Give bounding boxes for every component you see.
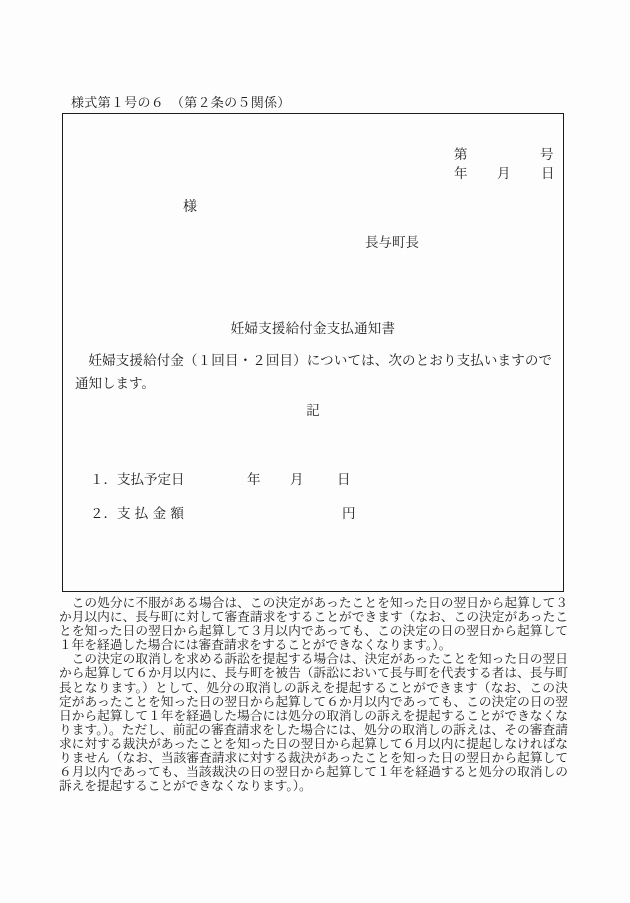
payment-date-item-label: １．支払予定日 — [90, 472, 185, 490]
document-number-suffix: 号 — [540, 143, 554, 163]
payment-amount-yen-label: 円 — [342, 506, 356, 524]
payment-date-month-label: 月 — [290, 472, 304, 490]
payment-amount-row: ２．支 払 金 額 円 — [63, 506, 563, 524]
payment-amount-item-label: ２．支 払 金 額 — [90, 506, 184, 524]
notice-box: 第 号 年 月 日 様 長与町長 妊婦支援給付金支払通知書 妊婦支援給付金（１回… — [62, 113, 564, 592]
addressee-honorific: 様 — [183, 196, 197, 216]
document-title: 妊婦支援給付金支払通知書 — [63, 317, 563, 337]
issue-date-day-label: 日 — [541, 162, 555, 182]
form-number-label: 様式第１号の６ （第２条の５関係） — [71, 92, 291, 111]
payment-notice-document: 様式第１号の６ （第２条の５関係） 第 号 年 月 日 様 長与町長 妊婦支援給… — [0, 0, 630, 903]
notice-body-text: 妊婦支援給付金（１回目・２回目）については、次のとおり支払いますので通知します。 — [75, 350, 552, 395]
issue-date-year-label: 年 — [454, 162, 468, 182]
issue-date-month-label: 月 — [497, 162, 511, 182]
appeal-rights-notice: この処分に不服がある場合は、この決定があったことを知った日の翌日から起算して３か… — [59, 596, 568, 793]
payment-date-day-label: 日 — [337, 472, 351, 490]
payment-date-row: １．支払予定日 年 月 日 — [63, 472, 563, 490]
issuer-name: 長与町長 — [365, 231, 419, 251]
payment-date-year-label: 年 — [247, 472, 261, 490]
appeal-paragraph-review-request: この処分に不服がある場合は、この決定があったことを知った日の翌日から起算して３か… — [59, 596, 568, 652]
document-number-prefix: 第 — [454, 143, 468, 163]
record-heading: 記 — [63, 399, 563, 419]
appeal-paragraph-lawsuit: この決定の取消しを求める訴訟を提起する場合は、決定があったことを知った日の翌日か… — [59, 652, 568, 793]
